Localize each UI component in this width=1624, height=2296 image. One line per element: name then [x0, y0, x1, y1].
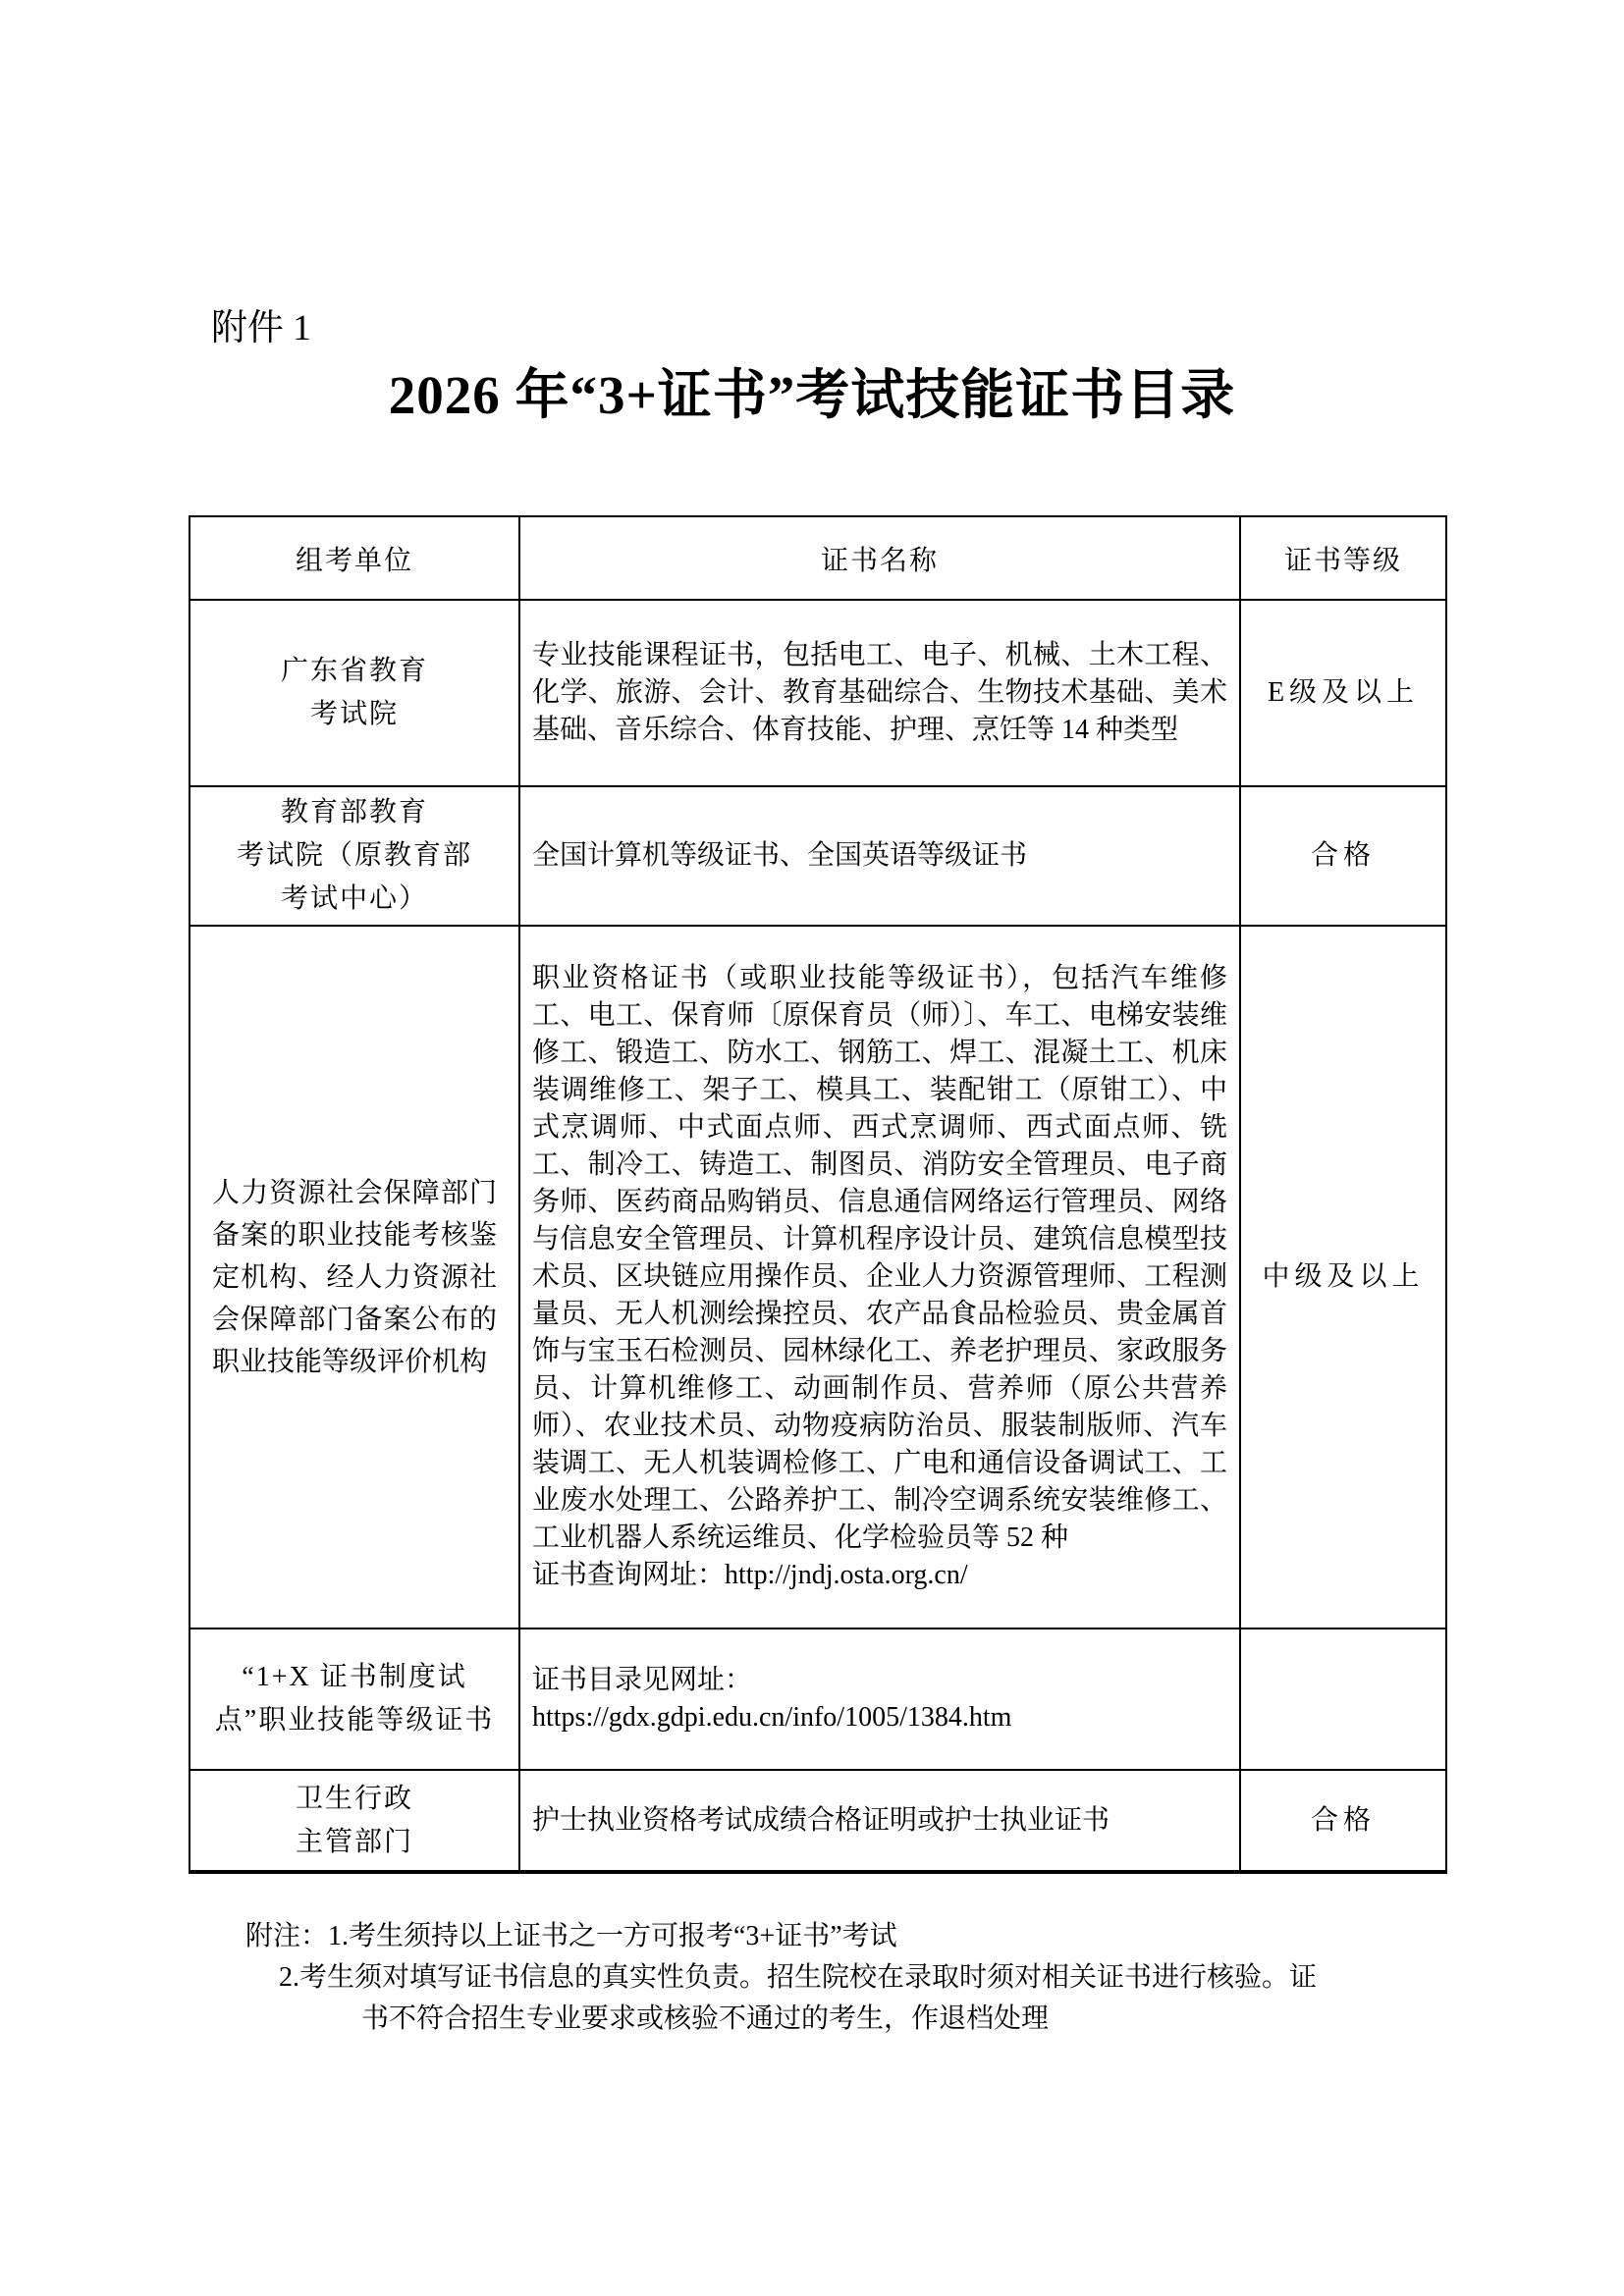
col-header-org: 组考单位 [189, 516, 519, 600]
cert-query-line: 证书查询网址：http://jndj.osta.org.cn/ [532, 1557, 1227, 1594]
org-cell: 教育部教育 考试院（原教育部 考试中心） [189, 786, 519, 926]
table-row: 广东省教育 考试院 专业技能课程证书，包括电工、电子、机械、土木工程、化学、旅游… [189, 600, 1446, 786]
footnotes: 附注：1.考生须持以上证书之一方可报考“3+证书”考试 2.考生须对填写证书信息… [245, 1916, 1551, 2040]
cert-name-text: 职业资格证书（或职业技能等级证书），包括汽车维修工、电工、保育师〔原保育员（师）… [532, 960, 1227, 1557]
table-row: 人力资源社会保障部门备案的职业技能考核鉴定机构、经人力资源社会保障部门备案公布的… [189, 926, 1446, 1629]
cert-query-url: http://jndj.osta.org.cn/ [725, 1560, 968, 1590]
cert-name-cell: 证书目录见网址： https://gdx.gdpi.edu.cn/info/10… [519, 1629, 1240, 1770]
cert-level-cell: 合格 [1240, 786, 1446, 926]
org-cell: “1+X 证书制度试点”职业技能等级证书 [189, 1629, 519, 1770]
cert-level-cell: 合格 [1240, 1770, 1446, 1872]
cert-name-cell: 护士执业资格考试成绩合格证明或护士执业证书 [519, 1770, 1240, 1872]
cert-level-cell: E级及以上 [1240, 600, 1446, 786]
cert-name-cell: 专业技能课程证书，包括电工、电子、机械、土木工程、化学、旅游、会计、教育基础综合… [519, 600, 1240, 786]
cert-name-cell: 全国计算机等级证书、全国英语等级证书 [519, 786, 1240, 926]
attachment-label: 附件 1 [211, 306, 311, 351]
document-page: 附件 1 2026 年“3+证书”考试技能证书目录 组考单位 证书名称 证书等级… [0, 0, 1624, 2296]
footnote-1: 附注：1.考生须持以上证书之一方可报考“3+证书”考试 [245, 1916, 1551, 1957]
table-row: 卫生行政 主管部门 护士执业资格考试成绩合格证明或护士执业证书 合格 [189, 1770, 1446, 1872]
cert-query-label: 证书查询网址： [532, 1560, 725, 1590]
certificate-table: 组考单位 证书名称 证书等级 广东省教育 考试院 专业技能课程证书，包括电工、电… [189, 515, 1447, 1874]
footnote-2: 2.考生须对填写证书信息的真实性负责。招生院校在录取时须对相关证书进行核验。证 … [279, 1957, 1451, 2040]
cert-level-cell: 中级及以上 [1240, 926, 1446, 1629]
table-header-row: 组考单位 证书名称 证书等级 [189, 516, 1446, 600]
org-cell: 人力资源社会保障部门备案的职业技能考核鉴定机构、经人力资源社会保障部门备案公布的… [189, 926, 519, 1629]
org-cell: 广东省教育 考试院 [189, 600, 519, 786]
cert-directory-url: https://gdx.gdpi.edu.cn/info/1005/1384.h… [532, 1699, 1227, 1736]
table-row: 教育部教育 考试院（原教育部 考试中心） 全国计算机等级证书、全国英语等级证书 … [189, 786, 1446, 926]
org-cell: 卫生行政 主管部门 [189, 1770, 519, 1872]
page-title: 2026 年“3+证书”考试技能证书目录 [0, 363, 1624, 428]
cert-level-cell [1240, 1629, 1446, 1770]
col-header-cert-level: 证书等级 [1240, 516, 1446, 600]
table-row: “1+X 证书制度试点”职业技能等级证书 证书目录见网址： https://gd… [189, 1629, 1446, 1770]
cert-directory-label: 证书目录见网址： [532, 1662, 1227, 1699]
cert-name-cell: 职业资格证书（或职业技能等级证书），包括汽车维修工、电工、保育师〔原保育员（师）… [519, 926, 1240, 1629]
col-header-cert-name: 证书名称 [519, 516, 1240, 600]
